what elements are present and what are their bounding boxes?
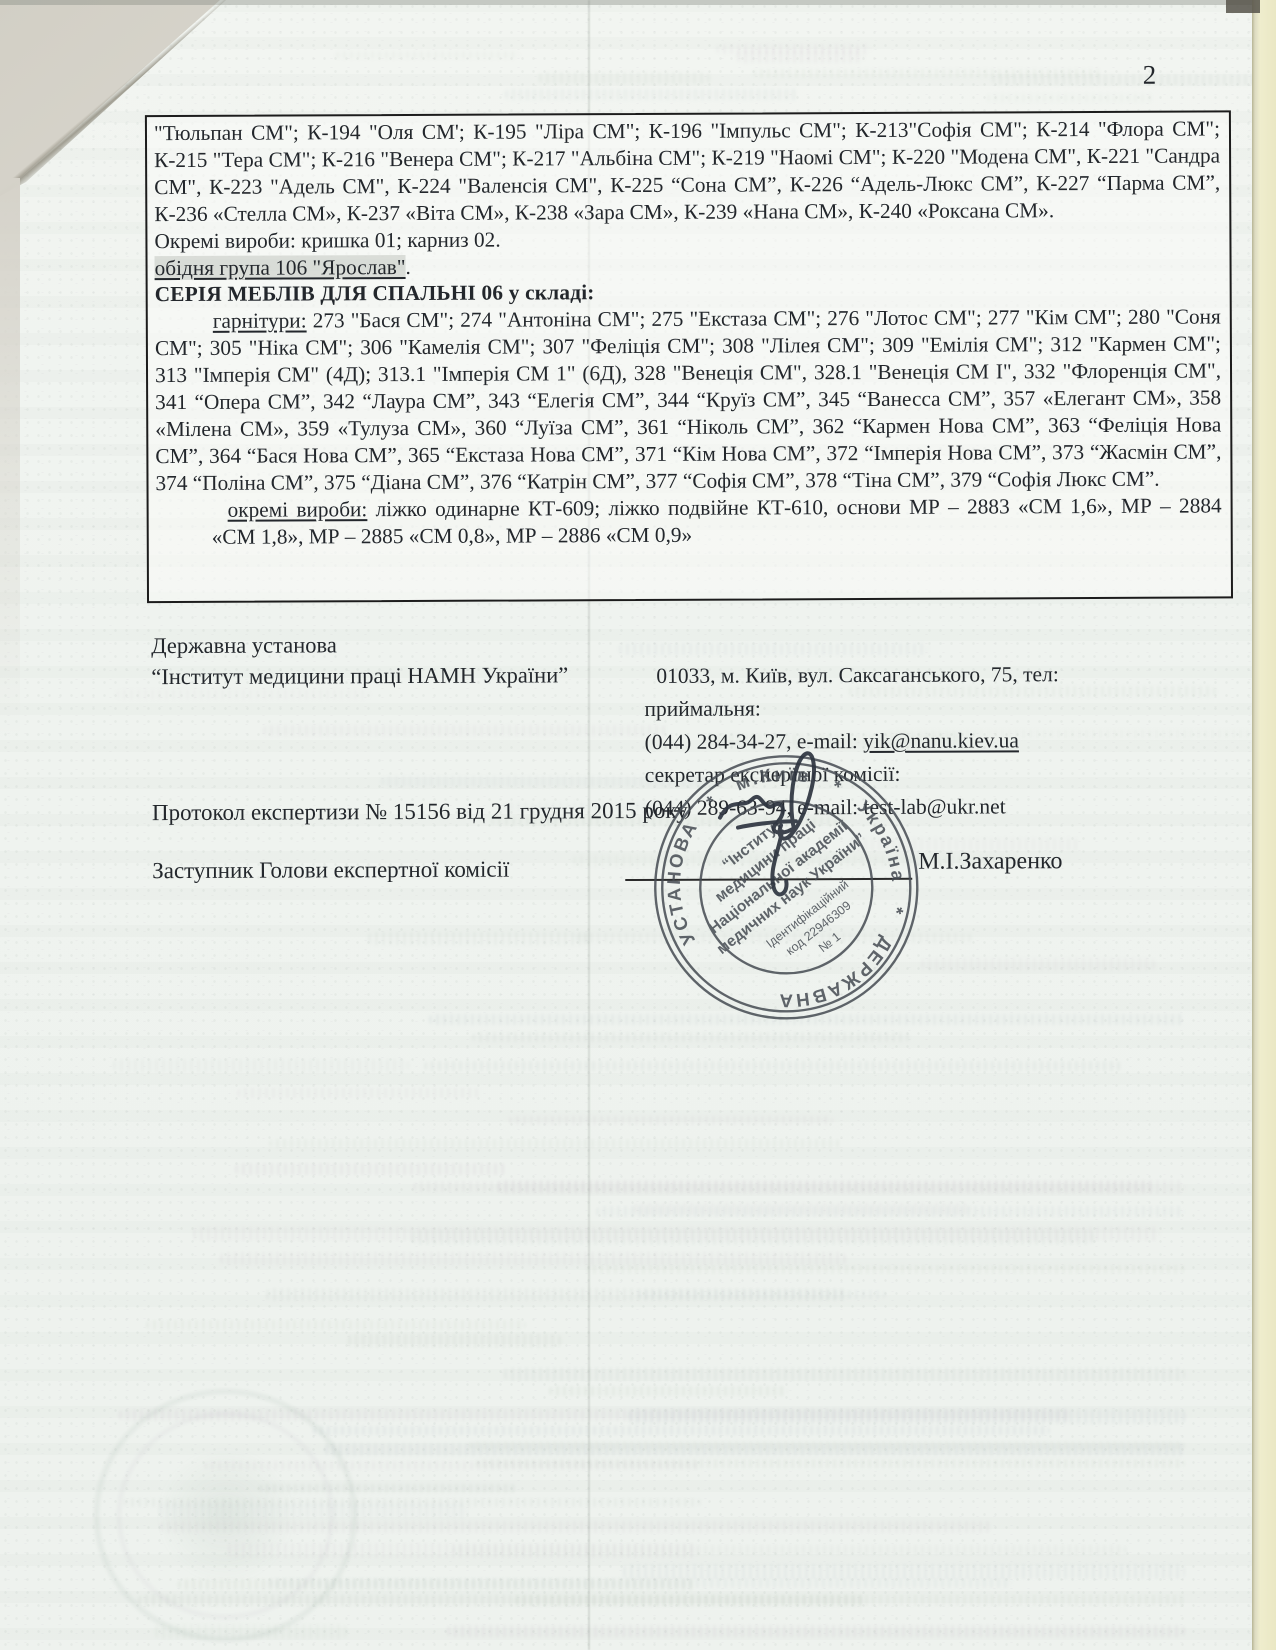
dining-group-underlined: обідня група 106 "Ярослав" [155, 255, 406, 280]
contact-address: 01033, м. Київ, вул. Саксаганського, 75,… [644, 658, 1164, 726]
protocol-line: Протокол експертизи № 15156 від 21 грудн… [152, 798, 688, 826]
paragraph-series-k: "Тюльпан СМ"; К-194 "Оля СМ'; К-195 "Лір… [154, 115, 1220, 227]
page-number: 2 [1143, 60, 1157, 91]
handwritten-signature [646, 747, 927, 1028]
scanned-document-page: 2 "Тюльпан СМ"; К-194 "Оля СМ'; К-195 "Л… [0, 0, 1276, 1650]
signer-name: М.І.Захаренко [918, 848, 1062, 876]
garnitury-label: гарнітури: [213, 309, 307, 333]
garnitury-list: 273 "Бася СМ"; 274 "Антоніна СМ"; 275 "Е… [155, 305, 1222, 495]
signer-role: Заступник Голови експертної комісії [152, 857, 509, 885]
product-list-box: "Тюльпан СМ"; К-194 "Оля СМ'; К-195 "Лір… [145, 110, 1233, 603]
organization-name: “Інститут медицини праці НАМН України” [151, 659, 568, 692]
organization-type: Державна установа [151, 628, 568, 661]
dining-group-period: . [405, 255, 410, 279]
paragraph-garnitury: гарнітури: 273 "Бася СМ"; 274 "Антоніна … [155, 304, 1222, 497]
okremi-label: окремі вироби: [228, 497, 368, 522]
organization-block: Державна установа “Інститут медицини пра… [151, 628, 568, 692]
paragraph-okremi-vyroby: окремі вироби: ліжко одинарне КТ-609; лі… [156, 492, 1222, 550]
